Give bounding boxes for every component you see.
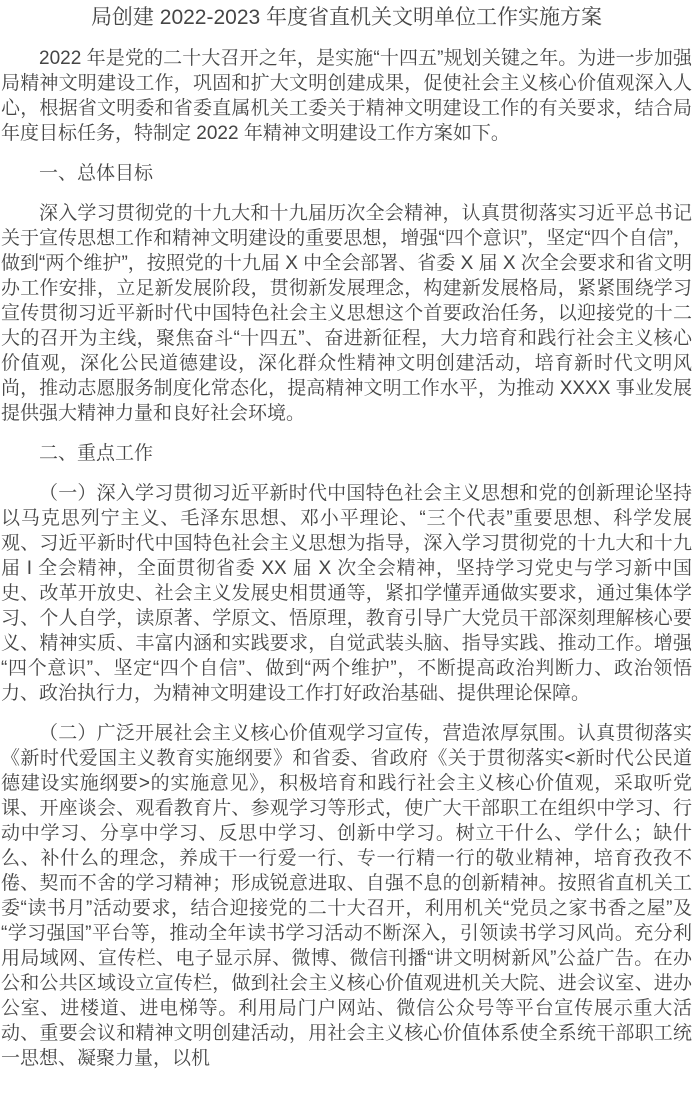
paragraph: 2022 年是党的二十大召开之年，是实施“十四五”规划关键之年。为进一步加强局精… xyxy=(1,46,692,146)
paragraph: 深入学习贯彻党的十九大和十九届历次全会精神，认真贯彻落实习近平总书记关于宣传思想… xyxy=(1,201,692,426)
paragraph: （一）深入学习贯彻习近平新时代中国特色社会主义思想和党的创新理论坚持以马克思列宁… xyxy=(1,481,692,706)
paragraph: （二）广泛开展社会主义核心价值观学习宣传，营造浓厚氛围。认真贯彻落实《新时代爱国… xyxy=(1,721,692,1071)
document-body: 2022 年是党的二十大召开之年，是实施“十四五”规划关键之年。为进一步加强局精… xyxy=(1,46,692,1071)
section-heading: 一、总体目标 xyxy=(1,161,692,186)
section-heading: 二、重点工作 xyxy=(1,441,692,466)
document-title: 局创建 2022-2023 年度省直机关文明单位工作实施方案 xyxy=(1,5,692,31)
document-page: 局创建 2022-2023 年度省直机关文明单位工作实施方案 2022 年是党的… xyxy=(0,0,693,1097)
